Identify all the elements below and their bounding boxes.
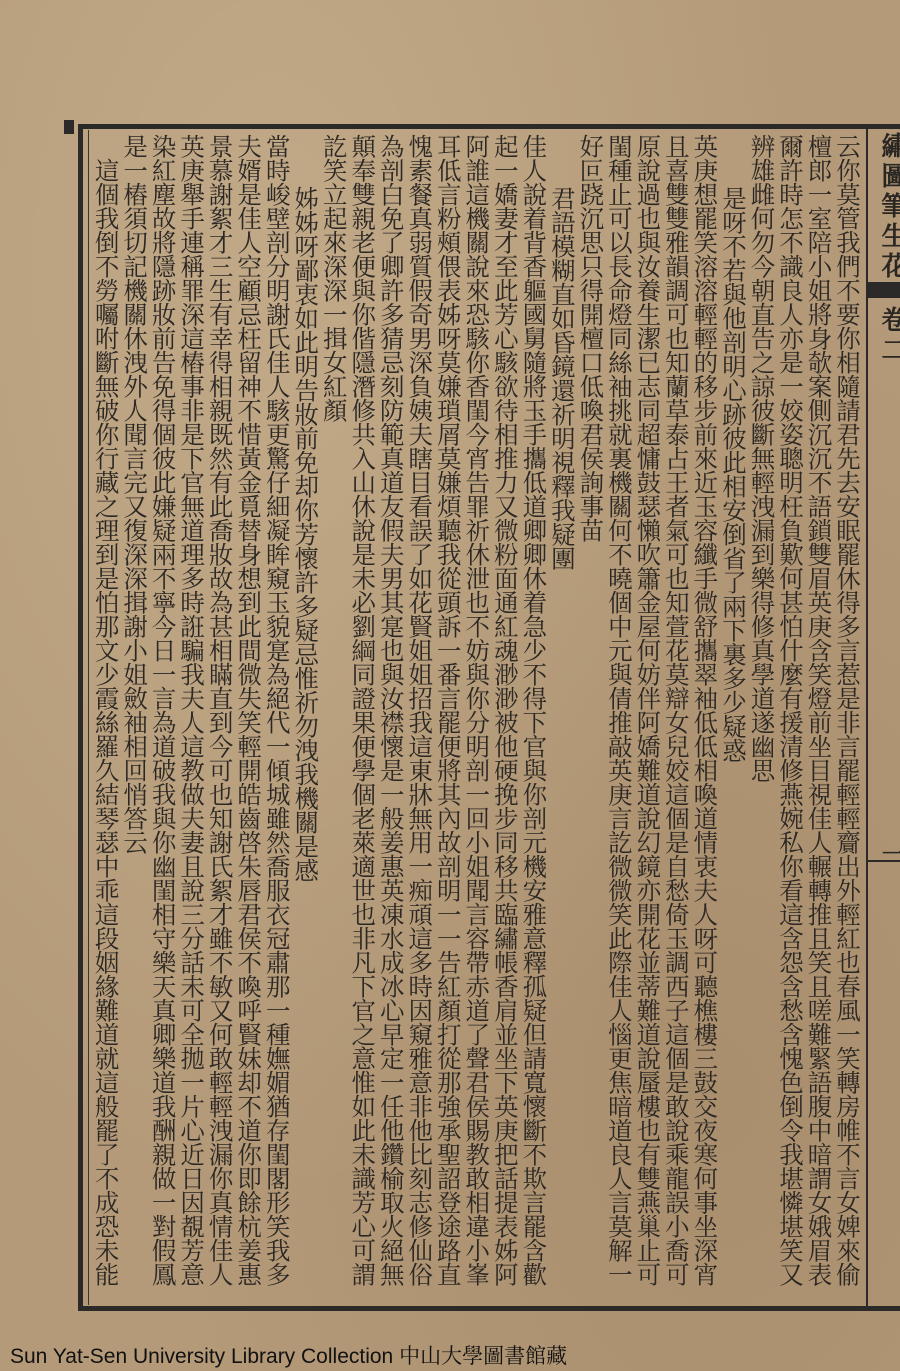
margin-page-number: 一 xyxy=(882,838,900,869)
text-column: 景慕謝絮才三生有幸得相親既然有此喬妝故為甚相瞞直到今可也知謝氏絮才雖不敏又何敢輕… xyxy=(206,134,235,1304)
text-column: 染紅塵故將隱跡妝前告免得個彼此嫌疑兩不寧今日一言為道破我與你幽閨相守樂天真卿樂道… xyxy=(149,134,178,1304)
text-column: 當時峻壁剖分明謝氏佳人駭更驚仔細凝眸窺玉貌寔為絕代一傾城雖然喬服衣冠肅那一種嫵媚… xyxy=(263,134,292,1304)
text-column-dialogue: 君語模糊直如昏鏡還祈明視釋我疑團 xyxy=(548,134,577,1304)
text-column: 是一樁須切記機關休洩外人聞言完又復深深揖謝小姐斂袖相回悄答云 xyxy=(121,134,150,1304)
text-column: 云你莫管我們不要你相隨請君先去安眠罷休得多言惹是非言罷輕輕齎出外輕紅也春風一笑轉… xyxy=(833,134,862,1304)
text-column: 好叵跷沉思只得開檀口低喚君侯詢事苗 xyxy=(577,134,606,1304)
text-column: 夫婿是佳人空顧忌枉留神不惜黃金覓替身想到此間微失笑輕開皓齒啓朱唇君侯不喚呼賢妹却… xyxy=(235,134,264,1304)
text-column: 辨雄雌何勿今朝直告之諒彼斷無輕洩漏到樂得修真學道遂幽思 xyxy=(748,134,777,1304)
text-column: 佳人說着背香軀國舅隨將玉手攜低道卿卿休着急少不得下官與你剖元機安雅意釋孤疑但請寬… xyxy=(520,134,549,1304)
text-column: 顛奉雙親老便與你偕隱潛修共入山休說是未必劉綱同證果便學個老萊適世也非凡下官之意惟… xyxy=(349,134,378,1304)
fishtail-mark xyxy=(868,282,900,298)
text-column: 閨種止可以長命燈同絲袖挑就裏機關何不曉個中元與倩推敲英庚言訖微微笑此際佳人惱更焦… xyxy=(605,134,634,1304)
text-column: 阿誰這機關說來恐駭你香閨今宵告罪祈休泄也不妨與你分明剖一回小姐聞言容帶赤道了聲君… xyxy=(463,134,492,1304)
inner-border-rule xyxy=(88,130,89,1305)
collection-watermark: Sun Yat-Sen University Library Collectio… xyxy=(10,1340,567,1370)
text-column-dialogue: 這個我倒不勞囑咐斷無破你行藏之理到是怕那文少霞絲羅久結琴瑟中乖這段姻緣難道就這般… xyxy=(92,134,121,1304)
margin-book-title: 繡圖筆生花 xyxy=(874,132,900,282)
text-column: 爾許時怎不識良人亦是一姣姿聰明枉負歎何甚怕什麼有援清修燕婉私你看這含怨含愁含愧色… xyxy=(776,134,805,1304)
text-column: 訖笑立起來深深一揖女紅顏 xyxy=(320,134,349,1304)
vertical-text-block: 云你莫管我們不要你相隨請君先去安眠罷休得多言惹是非言罷輕輕齎出外輕紅也春風一笑轉… xyxy=(92,134,862,1306)
text-column: 起一嬌妻才至此芳心駭欲待相推力又微粉面通紅魂渺渺被他硬挽步同移共臨繡帳香肩並坐下… xyxy=(491,134,520,1304)
text-column: 檀郎一室陪小姐將身欹案側沉沉不語鎖雙眉英庚含笑燈前坐目視佳人輾轉推且笑且嗟難緊語… xyxy=(805,134,834,1304)
page-corner-mark xyxy=(64,120,74,134)
text-column: 英庚想罷笑溶溶輕輕的移步前來近玉容纖手微舒攜翠袖低低相喚道情衷夫人呀可聽樵樓三鼓… xyxy=(691,134,720,1304)
margin-volume: 卷二 xyxy=(874,306,900,366)
text-column-dialogue: 是呀不若與他剖明心跡彼此相安倒省了兩下裏多少疑惑 xyxy=(719,134,748,1304)
text-column: 愧素餐真弱質假奇男深負姨夫瞎目看誤了如花賢姐姐招我這東牀無用一痴頑這多時因窺雅意… xyxy=(406,134,435,1304)
text-column: 且喜雙雙雅韻調可也知蘭草泰占王者氣可也知萱花莫辯女兒姣這個是自愁倚玉調西子這個是… xyxy=(662,134,691,1304)
text-column: 為剖白免了卿許多猜忌刻防範真道友假夫男其寔也與汝襟懷是一般姜惠英凍水成冰心早定一… xyxy=(377,134,406,1304)
text-column: 英庚舉手連稱罪深這樁事非是下官無道理多時誑騙我夫人這教做夫妻且說三分話未可全拋一… xyxy=(178,134,207,1304)
text-column: 原說過也與汝養生潔已志同超慵鼓瑟懶吹簫金屋何妨伴阿嬌難道說幻鏡亦開花並蒂難道說蜃… xyxy=(634,134,663,1304)
block-center-margin xyxy=(866,124,900,1311)
text-column-dialogue: 姊姊呀鄙衷如此明告妝前免却你芳懷許多疑忌惟祈勿洩我機關是感 xyxy=(292,134,321,1304)
text-column: 耳低言粉頰偎表姊呀莫嫌瑣屑莫嫌煩聽我從頭訴一番言罷便將其內故剖明一一告紅顏打從那… xyxy=(434,134,463,1304)
